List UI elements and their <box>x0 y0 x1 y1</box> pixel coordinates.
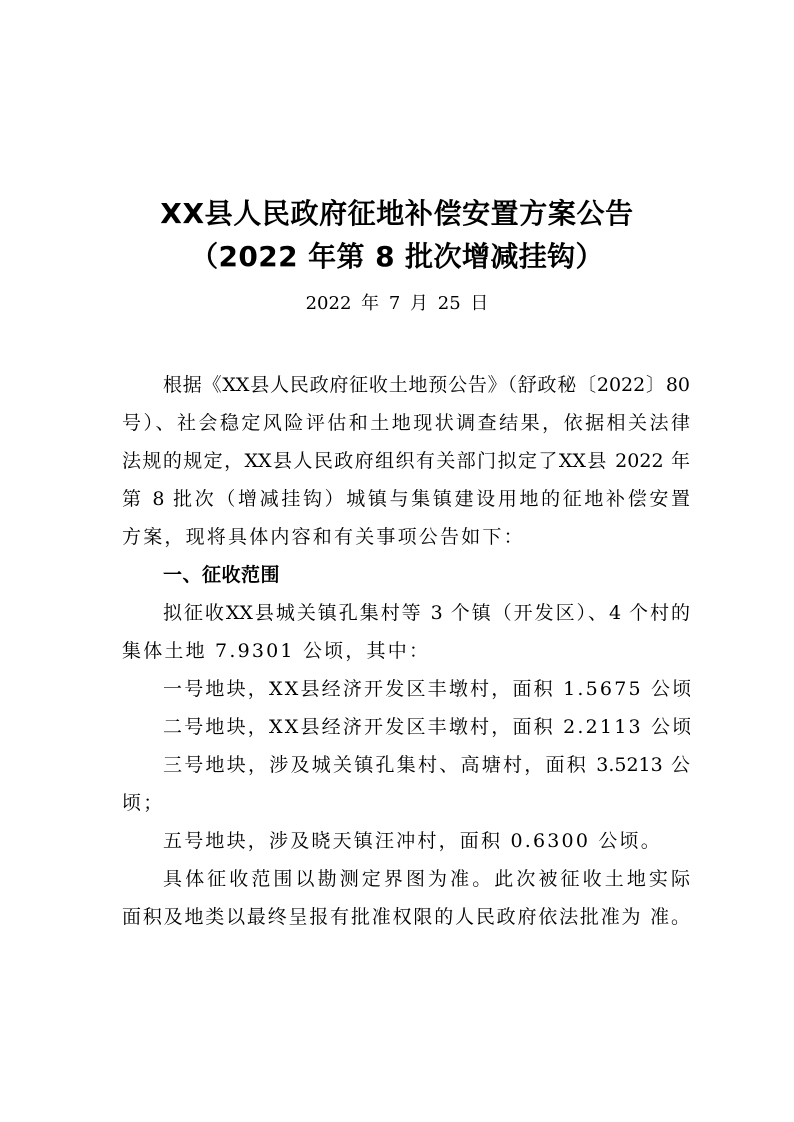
parcel-line: 三号地块，涉及城关镇孔集村、高塘村，面积 3.5213 公 <box>122 751 690 789</box>
parcel-line: 一号地块，XX县经济开发区丰墩村，面积 1.5675 公顷； <box>122 675 690 713</box>
intro-line: 方案，现将具体内容和有关事项公告如下： <box>122 523 690 561</box>
section-line: 集体土地 7.9301 公顷，其中： <box>122 637 690 675</box>
section-line: 面积及地类以最终呈报有批准权限的人民政府依法批准为 准。 <box>122 903 690 941</box>
document-date: 2022 年 7 月 25 日 <box>0 292 794 316</box>
document-subtitle: （2022 年第 8 批次增减挂钩） <box>0 239 794 275</box>
intro-line: 第 8 批次（增减挂钩）城镇与集镇建设用地的征地补偿安置 <box>122 485 690 523</box>
document-title: XX县人民政府征地补偿安置方案公告 <box>0 196 794 232</box>
parcel-line: 二号地块，XX县经济开发区丰墩村，面积 2.2113 公顷； <box>122 713 690 751</box>
section-heading: 一、征收范围 <box>122 561 690 599</box>
parcel-line: 五号地块，涉及晓天镇汪冲村，面积 0.6300 公顷。 <box>122 827 690 865</box>
intro-line: 法规的规定，XX县人民政府组织有关部门拟定了XX县 2022 年 <box>122 447 690 485</box>
document-body: 根据《XX县人民政府征收土地预公告》（舒政秘〔2022〕80 号）、社会稳定风险… <box>122 371 690 941</box>
parcel-line: 顷； <box>122 789 690 827</box>
section-line: 拟征收XX县城关镇孔集村等 3 个镇（开发区）、4 个村的 <box>122 599 690 637</box>
section-line: 具体征收范围以勘测定界图为准。此次被征收土地实际 <box>122 865 690 903</box>
intro-line: 号）、社会稳定风险评估和土地现状调查结果，依据相关法律 <box>122 409 690 447</box>
intro-line: 根据《XX县人民政府征收土地预公告》（舒政秘〔2022〕80 <box>122 371 690 409</box>
document-page: XX县人民政府征地补偿安置方案公告 （2022 年第 8 批次增减挂钩） 202… <box>0 0 794 1122</box>
